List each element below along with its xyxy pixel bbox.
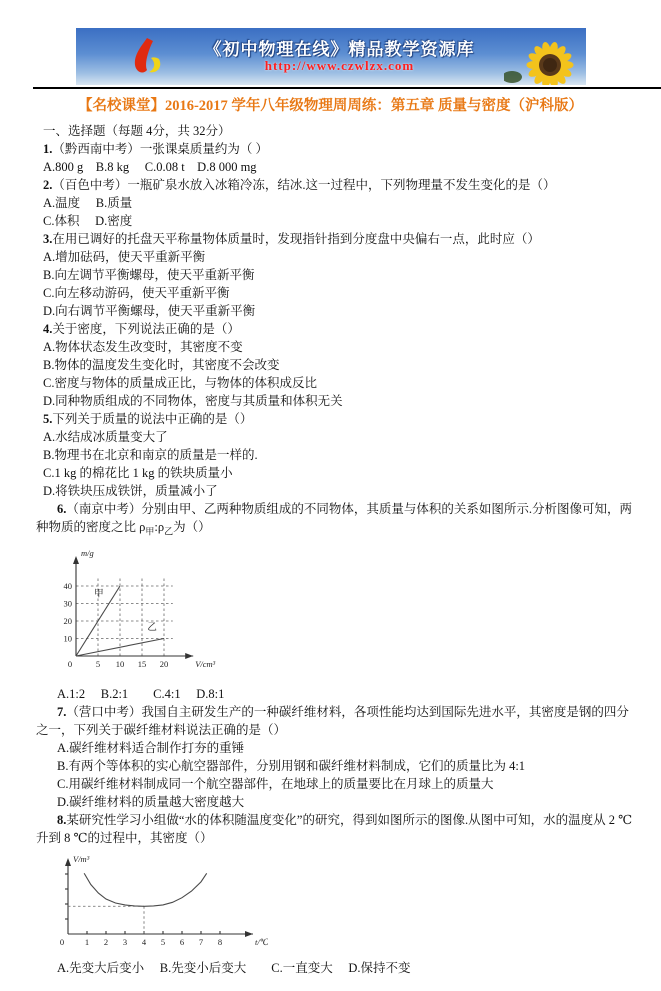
question-number: 1. (43, 142, 52, 156)
question-7-option-d: D.碳纤维材料的质量越大密度越大 (36, 793, 641, 811)
question-6-stem: 6.（南京中考）分别由甲、乙两种物质组成的不同物体，其质量与体积的关系如图所示.… (36, 500, 641, 541)
question-3-stem: 3.在用已调好的托盘天平称量物体质量时，发现指针指到分度盘中央偏右一点，此时应（… (36, 230, 641, 248)
svg-text:V/cm³: V/cm³ (195, 659, 215, 669)
question-list: 一、选择题（每题 4分，共 32分） 1.（黔西南中考）一张课桌质量约为（ ） … (0, 122, 661, 991)
svg-text:5: 5 (96, 659, 100, 669)
svg-text:30: 30 (64, 598, 73, 608)
question-6-options: A.1:2 B.2:1 C.4:1 D.8:1 (36, 685, 641, 703)
question-3-option-c: C.向左移动游码，使天平重新平衡 (36, 284, 641, 302)
question-7-option-c: C.用碳纤维材料制成同一个航空器部件，在地球上的质量要比在月球上的质量大 (36, 775, 641, 793)
svg-text:10: 10 (64, 633, 73, 643)
question-3-option-b: B.向左调节平衡螺母，使天平重新平衡 (36, 266, 641, 284)
question-7-option-a: A.碳纤维材料适合制作打夯的重锤 (36, 739, 641, 757)
question-4-option-c: C.密度与物体的质量成正比，与物体的体积成反比 (36, 374, 641, 392)
section-header: 一、选择题（每题 4分，共 32分） (36, 122, 641, 140)
svg-text:6: 6 (180, 937, 184, 947)
question-5-stem: 5.下列关于质量的说法中正确的是（） (36, 410, 641, 428)
question-3-option-a: A.增加砝码，使天平重新平衡 (36, 248, 641, 266)
question-number: 7. (57, 705, 66, 719)
question-number: 6. (57, 502, 66, 516)
svg-text:乙: 乙 (147, 621, 157, 632)
worksheet-page: 《初中物理在线》精品教学资源库 http://www.czwlzx.com 【名… (0, 0, 661, 991)
question-number: 8. (57, 813, 66, 827)
svg-text:20: 20 (64, 616, 73, 626)
svg-text:1: 1 (85, 937, 89, 947)
question-2-options-line: C.体积 D.密度 (36, 212, 641, 230)
question-1-options: A.800 g B.8 kg C.0.08 t D.8 000 mg (36, 158, 641, 176)
cloud-decoration (76, 69, 586, 85)
svg-text:5: 5 (161, 937, 165, 947)
svg-text:2: 2 (104, 937, 108, 947)
svg-text:甲: 甲 (94, 588, 104, 599)
svg-text:15: 15 (138, 659, 147, 669)
site-banner: 《初中物理在线》精品教学资源库 http://www.czwlzx.com (76, 28, 586, 85)
page-title: 【名校课堂】2016-2017 学年八年级物理周周练：第五章 质量与密度（沪科版… (0, 94, 661, 115)
site-title: 《初中物理在线》精品教学资源库 (176, 41, 504, 59)
question-5-option-c: C.1 kg 的棉花比 1 kg 的铁块质量小 (36, 464, 641, 482)
question-7-stem: 7.（营口中考）我国自主研发生产的一种碳纤维材料，各项性能均达到国际先进水平，其… (36, 703, 641, 739)
question-8-options: A.先变大后变小 B.先变小后变大 C.一直变大 D.保持不变 (36, 959, 641, 977)
question-8-stem: 8.某研究性学习小组做“水的体积随温度变化”的研究，得到如图所示的图像.从图中可… (36, 811, 641, 847)
divider (33, 87, 661, 89)
volume-temperature-chart: 012345678V/m³t/℃ (46, 850, 641, 957)
svg-text:40: 40 (64, 581, 73, 591)
svg-text:10: 10 (116, 659, 125, 669)
question-2-options-line: A.温度 B.质量 (36, 194, 641, 212)
question-number: 3. (43, 232, 52, 246)
banner-text-block: 《初中物理在线》精品教学资源库 http://www.czwlzx.com (176, 41, 504, 72)
question-2-stem: 2.（百色中考）一瓶矿泉水放入冰箱冷冻，结冰.这一过程中，下列物理量不发生变化的… (36, 176, 641, 194)
question-number: 4. (43, 322, 52, 336)
svg-text:4: 4 (142, 937, 147, 947)
question-4-option-a: A.物体状态发生改变时，其密度不变 (36, 338, 641, 356)
mass-volume-chart: 0510152010203040甲乙m/gV/cm³ (46, 544, 641, 683)
question-number: 2. (43, 178, 52, 192)
question-5-option-d: D.将铁块压成铁饼，质量减小了 (36, 482, 641, 500)
svg-text:8: 8 (218, 937, 222, 947)
question-1-stem: 1.（黔西南中考）一张课桌质量约为（ ） (36, 140, 641, 158)
svg-text:0: 0 (60, 937, 64, 947)
svg-text:t/℃: t/℃ (255, 937, 268, 947)
svg-text:V/m³: V/m³ (73, 854, 90, 864)
svg-text:7: 7 (199, 937, 203, 947)
question-4-stem: 4.关于密度，下列说法正确的是（） (36, 320, 641, 338)
svg-text:20: 20 (160, 659, 169, 669)
svg-text:m/g: m/g (81, 548, 94, 558)
question-7-option-b: B.有两个等体积的实心航空器部件，分别用钢和碳纤维材料制成，它们的质量比为 4:… (36, 757, 641, 775)
question-3-option-d: D.向右调节平衡螺母，使天平重新平衡 (36, 302, 641, 320)
question-4-option-b: B.物体的温度发生变化时，其密度不会改变 (36, 356, 641, 374)
question-number: 5. (43, 412, 52, 426)
svg-text:0: 0 (68, 659, 72, 669)
question-4-option-d: D.同种物质组成的不同物体，密度与其质量和体积无关 (36, 392, 641, 410)
svg-text:3: 3 (123, 937, 127, 947)
question-5-option-a: A.水结成冰质量变大了 (36, 428, 641, 446)
question-5-option-b: B.物理书在北京和南京的质量是一样的. (36, 446, 641, 464)
